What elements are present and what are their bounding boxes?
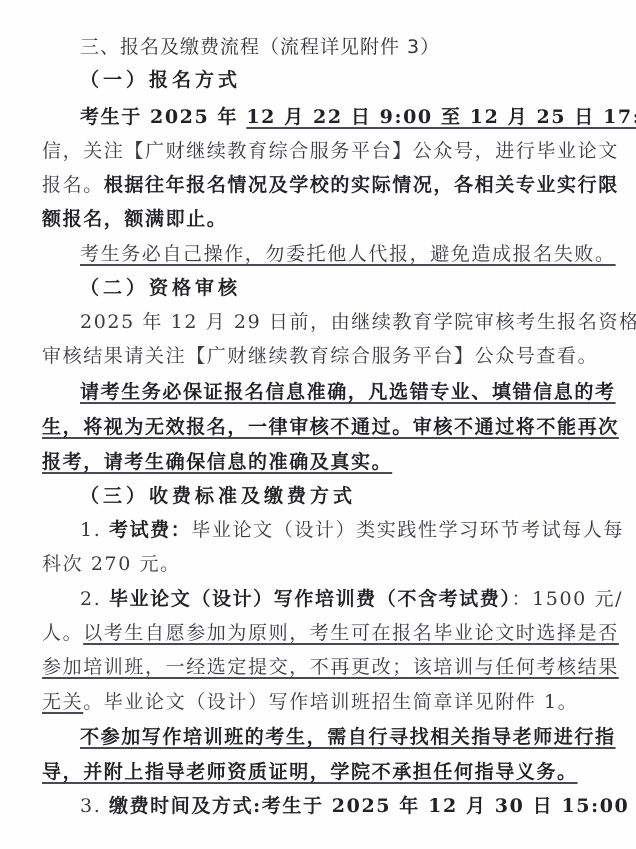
underlined-text: 报考，请考生确保信息的准确及真实。 [42,451,392,473]
text-line: 考生于 2025 年 12 月 22 日 9:00 至 12 月 25 日 17… [80,100,636,134]
text-line: （一）报名方式 [80,63,636,97]
document-page: 三、报名及缴费流程（流程详见附件 3）（一）报名方式考生于 2025 年 12 … [0,0,636,849]
text-line: 1. 考试费：毕业论文（设计）类实践性学习环节考试每人每 [80,513,636,547]
text-line: 参加培训班，一经选定提交，不再更改；该培训与任何考核结果 [42,650,636,684]
text-segment: 三、报名及缴费流程（流程详见附件 3） [80,36,440,58]
bold-text: （二）资格审核 [80,277,241,299]
text-line: 审核结果请关注【广财继续教育综合服务平台】公众号查看。 [42,339,636,373]
text-line: 导，并附上指导老师资质证明，学院不承担任何指导义务。 [42,755,636,789]
text-line: 3. 缴费时间及方式:考生于 2025 年 12 月 30 日 15:00 至 … [80,789,636,823]
text-line: 2025 年 12 月 29 日前，由继续教育学院审核考生报名资格， [80,305,636,339]
underlined-text: 毕业论文（设计）类实践性学习环节考试每人每 [191,519,624,541]
bold-text: （三）收费标准及缴费方式 [80,485,356,507]
underlined-text: 请考生务必保证报名信息准确，凡选错专业、填错信息的考 [80,381,616,403]
bold-text: 考试费： [109,519,191,541]
text-line: 人。以考生自愿参加为原则，考生可在报名毕业论文时选择是否 [42,616,636,650]
underlined-text: 12 月 22 日 9:00 至 12 月 25 日 17:00 [246,106,636,128]
bold-text: 考生于 2025 年 [80,106,246,128]
underlined-text: 导，并附上指导老师资质证明，学院不承担任何指导义务。 [42,761,578,783]
underlined-text: 不参加写作培训班的考生，需自行寻找相关指导老师进行指 [80,726,616,748]
text-line: 无关。毕业论文（设计）写作培训班招生简章详见附件 1。 [42,685,636,719]
text-line: （二）资格审核 [80,271,636,305]
underlined-text: 3. [80,795,109,817]
bold-text: （一）报名方式 [80,69,241,91]
underlined-text: 科次 270 元。 [42,553,181,575]
underlined-text: 2. [80,588,109,610]
underlined-text: 生，将视为无效报名，一律审核不通过。审核不通过将不能再次 [42,416,619,438]
text-line: 信，关注【广财继续教育综合服务平台】公众号，进行毕业论文 [42,134,636,168]
text-line: 生，将视为无效报名，一律审核不通过。审核不通过将不能再次 [42,410,636,444]
text-line: 请考生务必保证报名信息准确，凡选错专业、填错信息的考 [80,375,636,409]
underlined-text: ：1500 元/ [511,588,623,610]
bold-text: 额报名，额满即止。 [42,208,227,230]
underlined-text: 。毕业论文（设计）写作培训班招生简章详见附件 1。 [83,691,578,713]
bold-text: 考生于 2025 年 12 月 30 日 15:00 至 2026 [262,795,636,817]
underlined-text: 以考生自愿参加为原则，考生可在报名毕业论文时选择是否 [83,622,619,644]
underlined-text: 报名。 [42,174,104,196]
text-line: 额报名，额满即止。 [42,202,636,236]
text-line: 不参加写作培训班的考生，需自行寻找相关指导老师进行指 [80,720,636,754]
bold-text: 毕业论文（设计）写作培训费（不含考试费） [109,588,512,610]
text-line: 报名。根据往年报名情况及学校的实际情况，各相关专业实行限 [42,168,636,202]
underlined-text: 参加培训班，一经选定提交，不再更改；该培训与任何考核结果 [42,656,619,678]
underlined-text: 2025 年 12 月 29 日前，由继续教育学院审核考生报名资格， [80,311,636,333]
underlined-text: 无关 [42,691,83,713]
text-line: （三）收费标准及缴费方式 [80,479,636,513]
text-line: 报考，请考生确保信息的准确及真实。 [42,445,636,479]
underlined-text: 信，关注【广财继续教育综合服务平台】公众号，进行毕业论文 [42,140,619,162]
text-line: 考生务必自己操作，勿委托他人代报，避免造成报名失败。 [80,237,636,271]
underlined-text: 审核结果请关注【广财继续教育综合服务平台】公众号查看。 [42,345,598,367]
bold-text: 缴费时间及方式: [109,795,262,817]
text-line: 2. 毕业论文（设计）写作培训费（不含考试费）：1500 元/ [80,582,636,616]
underlined-text: 1. [80,519,109,541]
text-line: 三、报名及缴费流程（流程详见附件 3） [80,30,636,64]
underlined-text: 人。 [42,622,83,644]
bold-text: 根据往年报名情况及学校的实际情况，各相关专业实行限 [104,174,619,196]
underlined-text: 考生务必自己操作，勿委托他人代报，避免造成报名失败。 [80,243,616,265]
text-line: 科次 270 元。 [42,547,636,581]
